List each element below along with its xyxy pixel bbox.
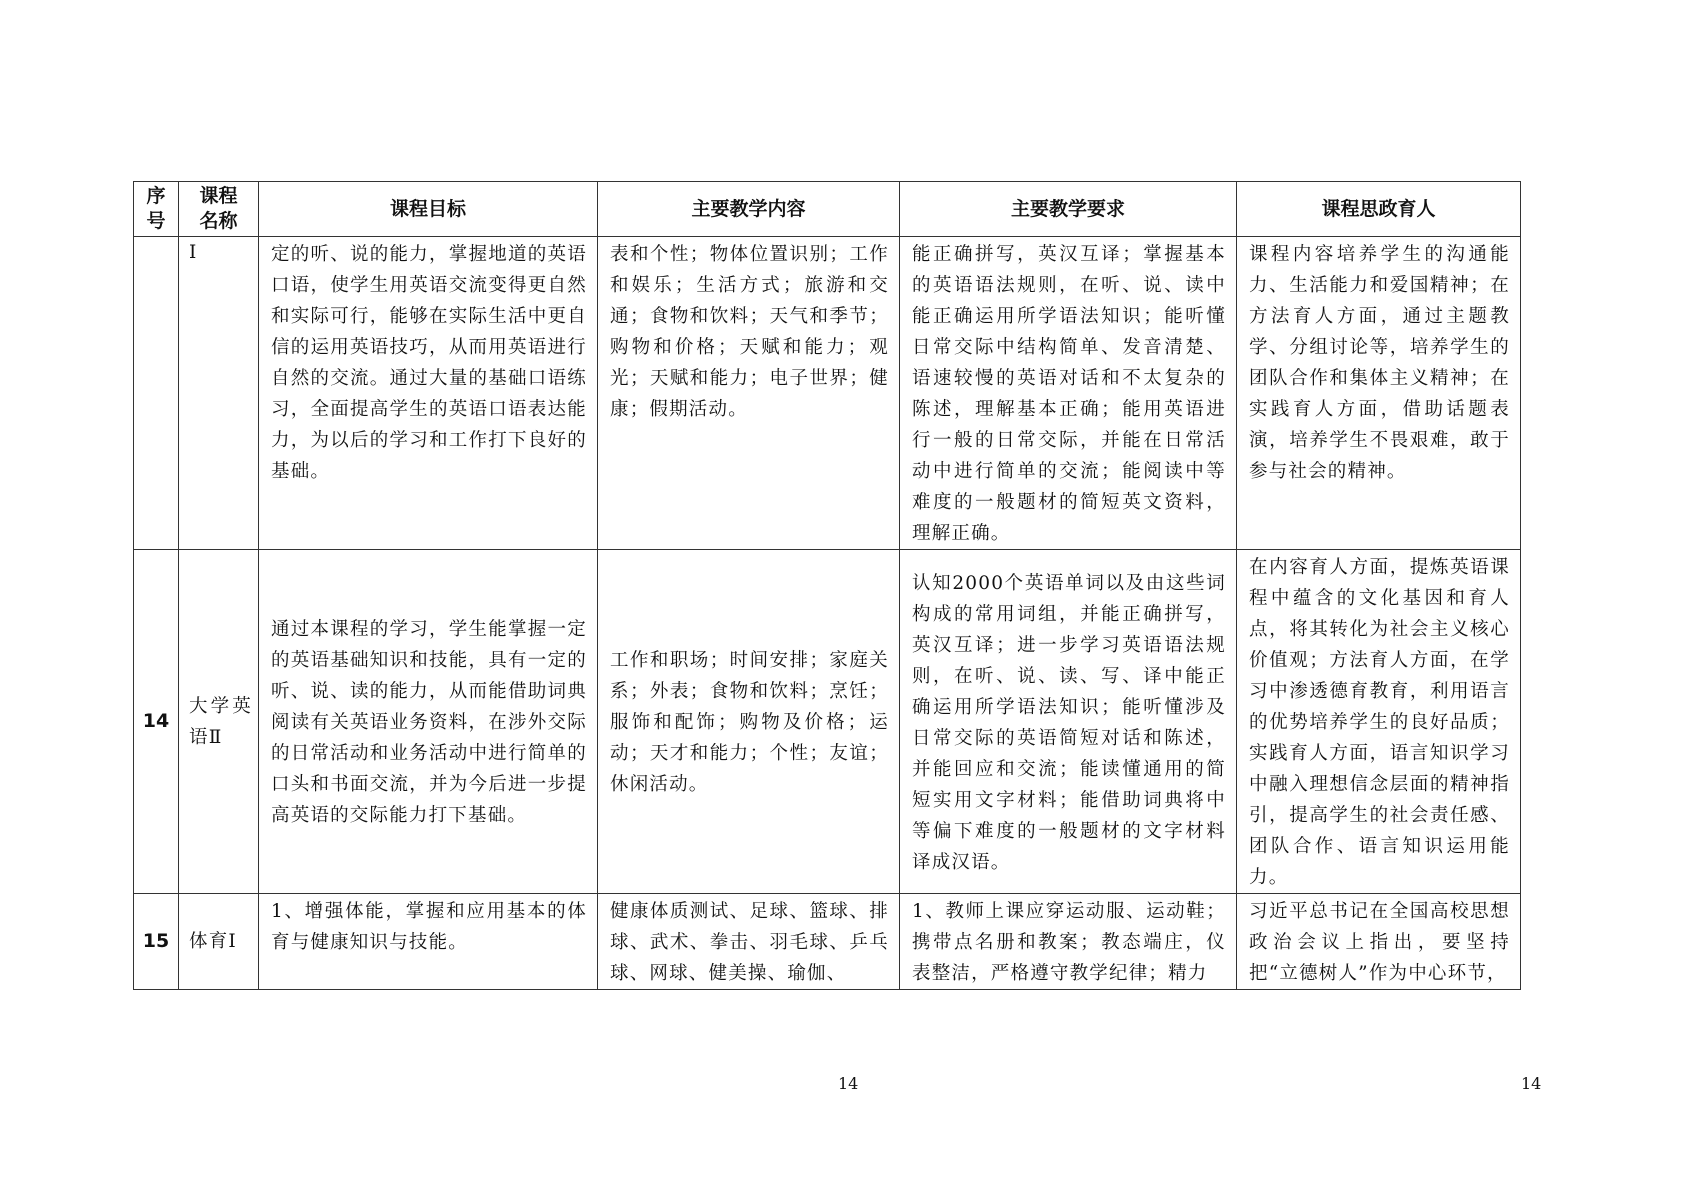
requirements-text: 1、教师上课应穿运动服、运动鞋；携带点名册和教案；教态端庄，仪表整洁，严格遵守教… <box>900 894 1236 989</box>
header-course-name: 课程 名称 <box>179 182 259 237</box>
content-text: 工作和职场；时间安排；家庭关系；外表；食物和饮料；烹饪；服饰和配饰；购物及价格；… <box>598 643 899 800</box>
content-text: 健康体质测试、足球、篮球、排球、武术、拳击、羽毛球、乒乓球、网球、健美操、瑜伽、 <box>598 894 899 989</box>
ideology-text: 在内容育人方面，提炼英语课程中蕴含的文化基因和育人点，将其转化为社会主义核心价值… <box>1237 550 1520 893</box>
course-table: 序 号 课程 名称 课程目标 主要教学内容 主要教学要求 课程思政育人 Ⅰ 定的… <box>133 181 1521 990</box>
ideology-text: 课程内容培养学生的沟通能力、生活能力和爱国精神；在方法育人方面，通过主题教学、分… <box>1237 237 1520 487</box>
row-ideology: 习近平总书记在全国高校思想政治会议上指出，要坚持把“立德树人”作为中心环节， <box>1237 894 1521 990</box>
row-requirements: 认知2000个英语单词以及由这些词构成的常用词组，并能正确拼写，英汉互译；进一步… <box>900 550 1237 894</box>
row-content: 工作和职场；时间安排；家庭关系；外表；食物和饮料；烹饪；服饰和配饰；购物及价格；… <box>598 550 900 894</box>
header-name-line: 名称 <box>179 209 258 234</box>
content-text: 表和个性；物体位置识别；工作和娱乐；生活方式；旅游和交通；食物和饮料；天气和季节… <box>598 237 899 425</box>
header-seq: 序 号 <box>134 182 179 237</box>
header-seq-line: 序 <box>134 184 178 209</box>
table-row: Ⅰ 定的听、说的能力，掌握地道的英语口语，使学生用英语交流变得更自然和实际可行，… <box>134 237 1521 550</box>
table-row: 15 体育Ⅰ 1、增强体能，掌握和应用基本的体育与健康知识与技能。 健康体质测试… <box>134 894 1521 990</box>
header-ideology: 课程思政育人 <box>1237 182 1521 237</box>
requirements-text: 能正确拼写，英汉互译；掌握基本的英语语法规则，在听、说、读中能正确运用所学语法知… <box>900 237 1236 549</box>
row-goal: 1、增强体能，掌握和应用基本的体育与健康知识与技能。 <box>259 894 598 990</box>
header-goal: 课程目标 <box>259 182 598 237</box>
table-row: 14 大学英语Ⅱ 通过本课程的学习，学生能掌握一定的英语基础知识和技能，具有一定… <box>134 550 1521 894</box>
row-goal: 定的听、说的能力，掌握地道的英语口语，使学生用英语交流变得更自然和实际可行，能够… <box>259 237 598 550</box>
row-course-name: 体育Ⅰ <box>179 894 259 990</box>
row-requirements: 1、教师上课应穿运动服、运动鞋；携带点名册和教案；教态端庄，仪表整洁，严格遵守教… <box>900 894 1237 990</box>
row-course-name: 大学英语Ⅱ <box>179 550 259 894</box>
header-content: 主要教学内容 <box>598 182 900 237</box>
page-number-center: 14 <box>838 1074 858 1093</box>
header-requirements: 主要教学要求 <box>900 182 1237 237</box>
goal-text: 通过本课程的学习，学生能掌握一定的英语基础知识和技能，具有一定的听、说、读的能力… <box>259 612 597 831</box>
row-goal: 通过本课程的学习，学生能掌握一定的英语基础知识和技能，具有一定的听、说、读的能力… <box>259 550 598 894</box>
header-seq-line: 号 <box>134 209 178 234</box>
row-content: 健康体质测试、足球、篮球、排球、武术、拳击、羽毛球、乒乓球、网球、健美操、瑜伽、 <box>598 894 900 990</box>
requirements-text: 认知2000个英语单词以及由这些词构成的常用词组，并能正确拼写，英汉互译；进一步… <box>900 566 1236 878</box>
course-name-text: 体育Ⅰ <box>179 926 258 957</box>
course-name-text: Ⅰ <box>179 237 258 268</box>
row-seq: 14 <box>134 550 179 894</box>
course-name-text: 大学英语Ⅱ <box>179 691 258 753</box>
ideology-text: 习近平总书记在全国高校思想政治会议上指出，要坚持把“立德树人”作为中心环节， <box>1237 894 1520 989</box>
header-name-line: 课程 <box>179 184 258 209</box>
table-header-row: 序 号 课程 名称 课程目标 主要教学内容 主要教学要求 课程思政育人 <box>134 182 1521 237</box>
row-course-name: Ⅰ <box>179 237 259 550</box>
row-requirements: 能正确拼写，英汉互译；掌握基本的英语语法规则，在听、说、读中能正确运用所学语法知… <box>900 237 1237 550</box>
row-seq: 15 <box>134 894 179 990</box>
row-seq <box>134 237 179 550</box>
goal-text: 1、增强体能，掌握和应用基本的体育与健康知识与技能。 <box>259 894 597 958</box>
page-number-right: 14 <box>1521 1074 1541 1093</box>
row-ideology: 课程内容培养学生的沟通能力、生活能力和爱国精神；在方法育人方面，通过主题教学、分… <box>1237 237 1521 550</box>
row-ideology: 在内容育人方面，提炼英语课程中蕴含的文化基因和育人点，将其转化为社会主义核心价值… <box>1237 550 1521 894</box>
goal-text: 定的听、说的能力，掌握地道的英语口语，使学生用英语交流变得更自然和实际可行，能够… <box>259 237 597 487</box>
row-content: 表和个性；物体位置识别；工作和娱乐；生活方式；旅游和交通；食物和饮料；天气和季节… <box>598 237 900 550</box>
